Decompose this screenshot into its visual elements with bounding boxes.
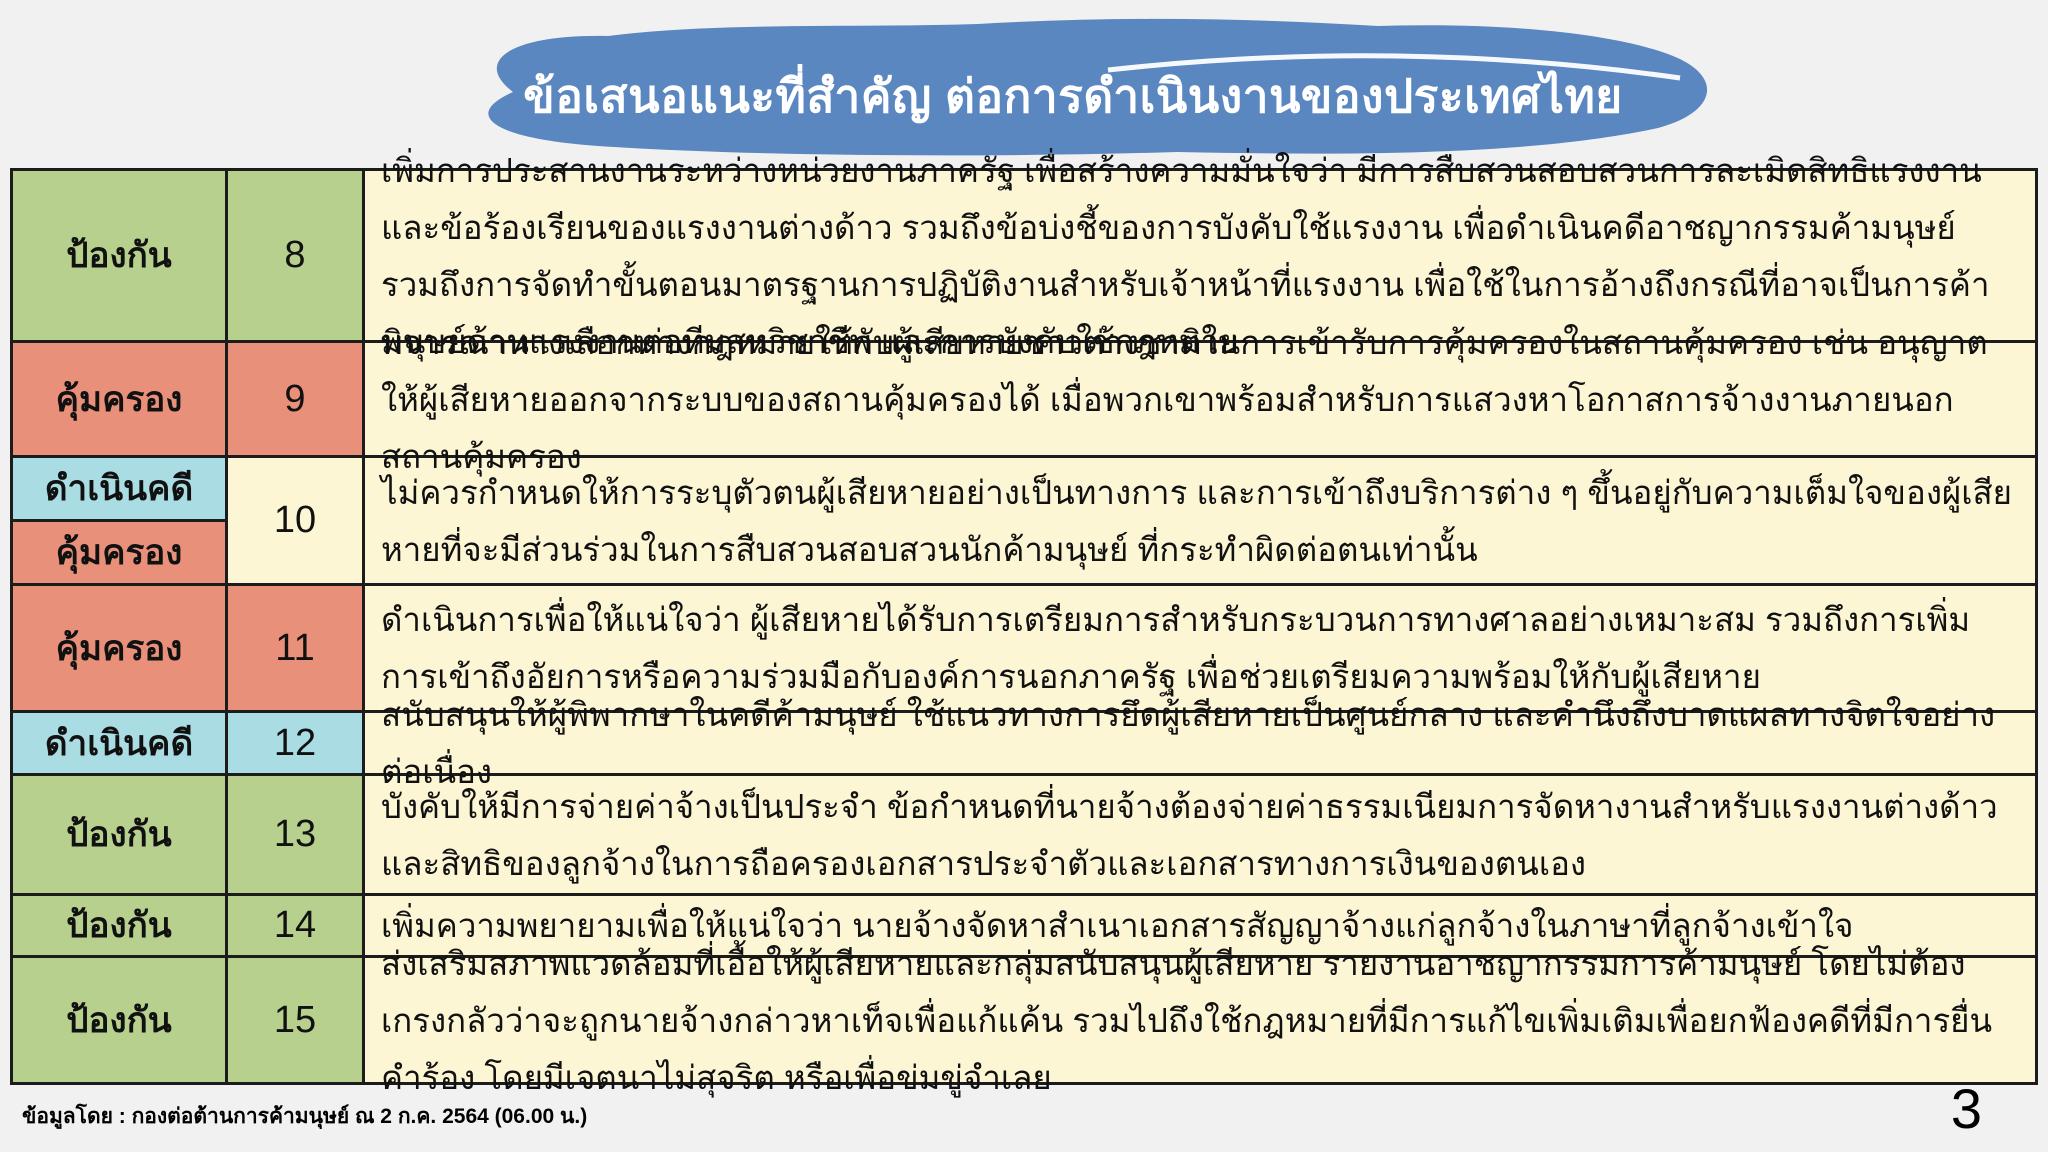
number-cell: 9: [228, 343, 365, 455]
category-label: ป้องกัน: [66, 898, 171, 953]
number-cell: 8: [228, 171, 365, 340]
category-label: คุ้มครอง: [56, 621, 183, 676]
slide-title: ข้อเสนอแนะที่สำคัญ ต่อการดำเนินงานของประ…: [418, 60, 1728, 133]
table-row: ดำเนินคดี 12 สนับสนุนให้ผู้พิพากษาในคดีค…: [13, 713, 2035, 776]
number-cell: 15: [228, 958, 365, 1082]
number-cell: 13: [228, 776, 365, 893]
number-cell: 14: [228, 896, 365, 955]
category-label: ป้องกัน: [66, 993, 171, 1048]
source-note: ข้อมูลโดย : กองต่อต้านการค้ามนุษย์ ณ 2 ก…: [22, 1100, 587, 1133]
recommendation-number: 10: [274, 499, 316, 542]
number-cell: 10: [228, 458, 365, 583]
category-cell: คุ้มครอง: [13, 343, 228, 455]
number-cell: 11: [228, 586, 365, 710]
category-cell: ป้องกัน: [13, 171, 228, 340]
number-cell: 12: [228, 713, 365, 773]
text-cell: ส่งเสริมสภาพแวดล้อมที่เอื้อให้ผู้เสียหาย…: [365, 958, 2035, 1082]
recommendation-text: ส่งเสริมสภาพแวดล้อมที่เอื้อให้ผู้เสียหาย…: [381, 935, 2015, 1106]
recommendation-number: 9: [284, 378, 305, 421]
table-row: ป้องกัน 15 ส่งเสริมสภาพแวดล้อมที่เอื้อให…: [13, 958, 2035, 1082]
category-label: ดำเนินคดี: [45, 716, 193, 771]
category-label: คุ้มครอง: [56, 372, 183, 427]
recommendation-number: 12: [274, 722, 316, 765]
text-cell: บังคับให้มีการจ่ายค่าจ้างเป็นประจำ ข้อกำ…: [365, 776, 2035, 893]
category-subcell: ดำเนินคดี: [13, 458, 225, 522]
page-number: 3: [1951, 1076, 1982, 1141]
recommendation-text: ไม่ควรกำหนดให้การระบุตัวตนผู้เสียหายอย่า…: [381, 464, 2015, 578]
category-cell: คุ้มครอง: [13, 586, 228, 710]
category-cell-split: ดำเนินคดี คุ้มครอง: [13, 458, 228, 583]
category-label: ป้องกัน: [66, 228, 171, 283]
category-label: คุ้มครอง: [56, 525, 183, 580]
recommendation-number: 11: [275, 627, 314, 670]
category-label: ดำเนินคดี: [45, 461, 193, 516]
text-cell: ไม่ควรกำหนดให้การระบุตัวตนผู้เสียหายอย่า…: [365, 458, 2035, 583]
table-row: คุ้มครอง 9 พิจารณาทางเลือกทางกฎหมายให้กั…: [13, 343, 2035, 458]
table-row: ดำเนินคดี คุ้มครอง 10 ไม่ควรกำหนดให้การร…: [13, 458, 2035, 586]
category-subcell: คุ้มครอง: [13, 522, 225, 583]
recommendation-text: บังคับให้มีการจ่ายค่าจ้างเป็นประจำ ข้อกำ…: [381, 778, 2015, 892]
table-row: ป้องกัน 13 บังคับให้มีการจ่ายค่าจ้างเป็น…: [13, 776, 2035, 896]
category-label: ป้องกัน: [66, 807, 171, 862]
category-cell: ป้องกัน: [13, 896, 228, 955]
recommendations-table: ป้องกัน 8 เพิ่มการประสานงานระหว่างหน่วยง…: [10, 168, 2038, 1085]
text-cell: พิจารณาทางเลือกทางกฎหมายให้กับผู้เสียหาย…: [365, 343, 2035, 455]
recommendation-number: 14: [274, 904, 316, 947]
recommendation-number: 15: [274, 999, 316, 1042]
category-cell: ป้องกัน: [13, 776, 228, 893]
recommendation-number: 8: [284, 234, 305, 277]
text-cell: สนับสนุนให้ผู้พิพากษาในคดีค้ามนุษย์ ใช้แ…: [365, 713, 2035, 773]
category-cell: ดำเนินคดี: [13, 713, 228, 773]
recommendation-number: 13: [274, 813, 316, 856]
category-cell: ป้องกัน: [13, 958, 228, 1082]
